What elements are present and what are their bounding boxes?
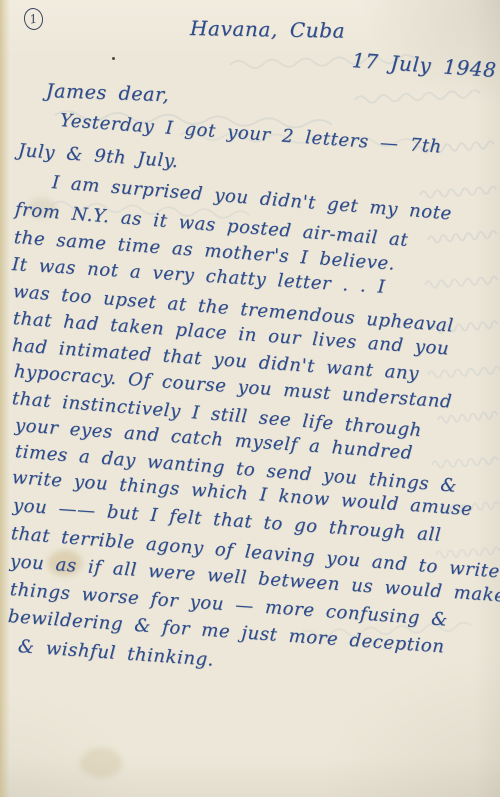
paper-stain bbox=[80, 748, 122, 778]
ghost-line bbox=[355, 90, 481, 104]
salutation-line: James dear, bbox=[46, 80, 170, 106]
ghost-line bbox=[432, 457, 498, 469]
date-line: 17 July 1948 bbox=[351, 48, 497, 82]
ghost-line bbox=[428, 231, 497, 244]
handwritten-line: & wishful thinking. bbox=[17, 636, 215, 671]
ghost-line bbox=[438, 411, 498, 423]
ghost-line bbox=[428, 366, 500, 378]
handwritten-line: July & 9th July. bbox=[17, 140, 179, 172]
location-line: Havana, Cuba bbox=[190, 16, 346, 43]
page-number-circled: 1 bbox=[22, 7, 45, 32]
ghost-line bbox=[425, 276, 498, 288]
ghost-line bbox=[420, 186, 497, 198]
ink-speck bbox=[112, 57, 115, 60]
letter-page: 1 Havana, Cuba 17 July 1948 James dear, … bbox=[0, 0, 500, 797]
